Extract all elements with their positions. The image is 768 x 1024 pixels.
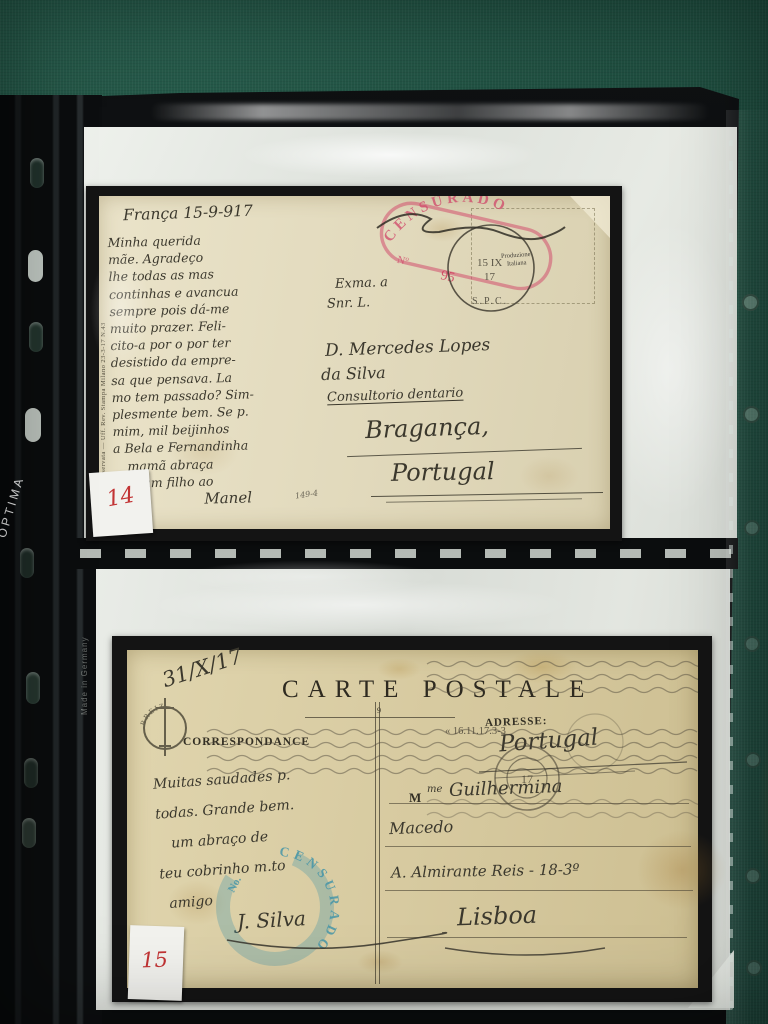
address-line-rule	[389, 803, 689, 804]
punch-hole	[742, 294, 759, 311]
city-script: Bragança,	[365, 412, 490, 444]
top-postcard: età artistica riservata — Uff. Rev. Stam…	[99, 196, 610, 529]
city-underline	[347, 448, 582, 457]
address-name-script: Guilhermina	[449, 776, 563, 801]
address-line-rule	[385, 846, 691, 847]
punch-hole	[746, 960, 762, 976]
machine-cancel-text: « 16.11.17.3-3	[445, 726, 506, 737]
binder-hole	[28, 250, 43, 282]
correspondance-header: CORRESPONDANCE	[183, 736, 310, 748]
binder-hole	[24, 758, 38, 788]
binder-hole	[30, 158, 44, 188]
breiz-emblem: BREIZ	[138, 698, 186, 756]
stamp-box	[471, 208, 595, 304]
made-in-germany-text: Made in Germany	[80, 585, 89, 715]
recipient-name: D. Mercedes Lopes	[325, 335, 491, 361]
stain	[357, 950, 403, 974]
label-sticker-15: 15	[128, 925, 185, 1001]
stain	[519, 456, 579, 496]
punch-hole	[743, 406, 760, 423]
message-date: França 15-9-917	[123, 202, 253, 225]
punch-hole	[744, 520, 760, 536]
label-number: 15	[141, 947, 169, 972]
sleeve-weld-strip	[62, 538, 738, 569]
label-sticker-14: 14	[89, 469, 153, 537]
recipient-line: da Silva	[321, 363, 386, 384]
card-title: CARTE POSTALE	[282, 676, 593, 704]
photo-scene: OPTIMA Made in Germany età artistica ris…	[0, 0, 768, 1024]
address-honorific: Exma. a	[335, 275, 388, 292]
punch-hole	[745, 752, 761, 768]
country-script: Portugal	[391, 457, 495, 487]
script-date: 31/X/17	[159, 644, 245, 692]
message-block: Minha querida mãe. Agradeço lhe todas as…	[107, 228, 349, 510]
address-street-script: A. Almirante Reis - 18-3º	[391, 860, 580, 881]
produzione-note-2: Italiana	[507, 259, 527, 267]
bottom-postcard: CARTE POSTALE 9 CORRESPONDANCE ADRESSE: …	[127, 650, 698, 988]
punch-hole	[745, 868, 761, 884]
punch-hole	[744, 636, 760, 652]
printer-imprint: età artistica riservata — Uff. Rev. Stam…	[100, 210, 107, 515]
title-divider	[305, 717, 455, 718]
address-honorific: Snr. L.	[327, 295, 371, 311]
address-m: M	[409, 790, 421, 806]
binder-hole	[29, 322, 43, 352]
address-line-rule	[385, 890, 693, 891]
country-underline-2	[386, 498, 582, 502]
svg-text:BREIZ: BREIZ	[138, 701, 166, 727]
label-number: 14	[105, 483, 137, 512]
punch-strip-serration	[729, 140, 733, 1010]
address-country-script: Portugal	[498, 725, 599, 758]
signature-script: J. Silva	[236, 906, 306, 934]
breiz-text: BREIZ	[138, 701, 166, 727]
binder-hole	[26, 672, 40, 704]
binder-hole	[20, 548, 34, 578]
address-city-script: Lisboa	[457, 901, 538, 932]
address-line2-script: Macedo	[389, 817, 454, 838]
recipient-line: Consultorio dentario	[327, 386, 464, 406]
address-line-rule	[387, 937, 687, 938]
country-underline	[371, 492, 603, 497]
message-block: Muitas saudades p. todas. Grande bem. um…	[152, 755, 382, 920]
address-name-sup: me	[427, 784, 442, 795]
censor-no: Nº	[396, 254, 410, 268]
censor-number: 95	[439, 268, 456, 286]
stain	[419, 216, 465, 242]
binder-hole	[22, 818, 36, 848]
